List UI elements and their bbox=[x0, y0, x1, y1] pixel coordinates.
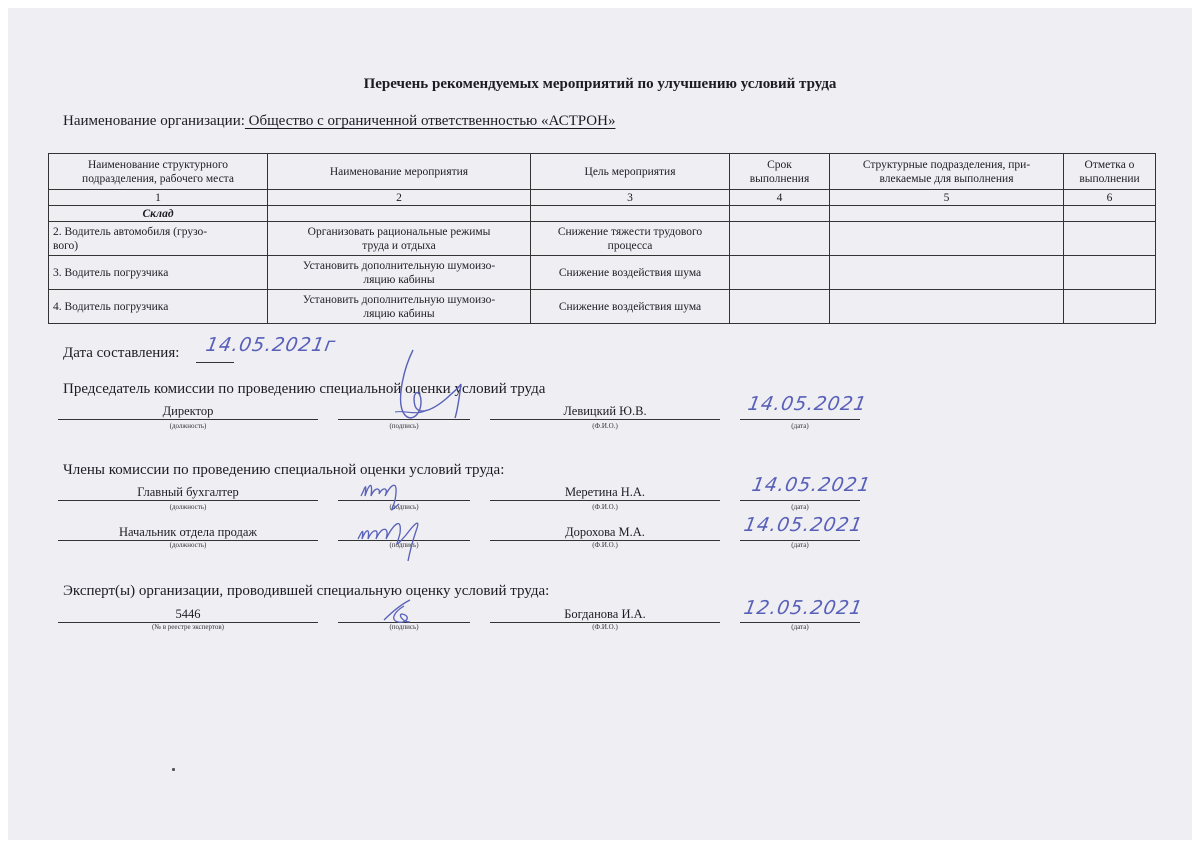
cell-measure: Установить дополнительную шумоизо-ляцию … bbox=[268, 256, 531, 290]
member-1-date-line bbox=[740, 500, 860, 501]
expert-heading: Эксперт(ы) организации, проводившей спец… bbox=[63, 583, 549, 600]
table-row: 4. Водитель погрузчика Установить дополн… bbox=[49, 290, 1156, 324]
table-row: 3. Водитель погрузчика Установить дополн… bbox=[49, 256, 1156, 290]
column-number: 4 bbox=[730, 190, 830, 206]
chairman-name-line bbox=[490, 419, 720, 420]
compilation-date-handwritten: 14.05.2021г bbox=[204, 334, 338, 356]
member-2-name: Дорохова М.А. bbox=[490, 525, 720, 540]
column-number: 5 bbox=[830, 190, 1064, 206]
header-departments: Структурные подразделения, при-влекаемые… bbox=[830, 154, 1064, 190]
member-2-date-handwritten: 14.05.2021 bbox=[742, 514, 865, 536]
caption-position: (должность) bbox=[58, 422, 318, 430]
header-measure: Наименование мероприятия bbox=[268, 154, 531, 190]
column-number-row: 1 2 3 4 5 6 bbox=[49, 190, 1156, 206]
caption-date: (дата) bbox=[740, 623, 860, 631]
column-number: 1 bbox=[49, 190, 268, 206]
table-row: 2. Водитель автомобиля (грузо-вого) Орга… bbox=[49, 222, 1156, 256]
header-goal: Цель мероприятия bbox=[531, 154, 730, 190]
column-number: 2 bbox=[268, 190, 531, 206]
chairman-name: Левицкий Ю.В. bbox=[490, 404, 720, 419]
expert-registry-number: 5446 bbox=[58, 607, 318, 622]
organization-name: Общество с ограниченной ответственностью… bbox=[245, 113, 616, 129]
cell-completion bbox=[1064, 256, 1156, 290]
cell-departments bbox=[830, 256, 1064, 290]
member-1-position: Главный бухгалтер bbox=[58, 485, 318, 500]
member-1-date-handwritten: 14.05.2021 bbox=[750, 474, 873, 496]
organization-label: Наименование организации: bbox=[63, 113, 245, 129]
member-2-signature bbox=[350, 505, 440, 565]
cell-deadline bbox=[730, 290, 830, 324]
chairman-position: Директор bbox=[58, 404, 318, 419]
cell-workplace: 2. Водитель автомобиля (грузо-вого) bbox=[49, 222, 268, 256]
caption-date: (дата) bbox=[740, 541, 860, 549]
caption-full-name: (Ф.И.О.) bbox=[490, 503, 720, 511]
member-1-name-line bbox=[490, 500, 720, 501]
scan-speck bbox=[172, 768, 175, 771]
member-1-name: Меретина Н.А. bbox=[490, 485, 720, 500]
cell-goal: Снижение воздействия шума bbox=[531, 256, 730, 290]
caption-full-name: (Ф.И.О.) bbox=[490, 623, 720, 631]
caption-date: (дата) bbox=[740, 422, 860, 430]
cell-departments bbox=[830, 290, 1064, 324]
table-header-row: Наименование структурногоподразделения, … bbox=[49, 154, 1156, 190]
column-number: 3 bbox=[531, 190, 730, 206]
chairman-signature bbox=[385, 340, 475, 430]
chairman-date-line bbox=[740, 419, 860, 420]
cell-goal: Снижение тяжести трудовогопроцесса bbox=[531, 222, 730, 256]
header-workplace: Наименование структурногоподразделения, … bbox=[49, 154, 268, 190]
member-1-position-line bbox=[58, 500, 318, 501]
members-heading: Члены комиссии по проведению специальной… bbox=[63, 462, 504, 479]
caption-registry: (№ в реестре экспертов) bbox=[58, 623, 318, 631]
expert-date-handwritten: 12.05.2021 bbox=[742, 597, 865, 619]
member-2-position: Начальник отдела продаж bbox=[58, 525, 318, 540]
section-name: Склад bbox=[49, 206, 268, 222]
measures-table: Наименование структурногоподразделения, … bbox=[48, 153, 1156, 324]
section-row: Склад bbox=[49, 206, 1156, 222]
compilation-date-label: Дата составления: bbox=[63, 345, 179, 362]
caption-full-name: (Ф.И.О.) bbox=[490, 422, 720, 430]
cell-deadline bbox=[730, 256, 830, 290]
caption-date: (дата) bbox=[740, 503, 860, 511]
cell-goal: Снижение воздействия шума bbox=[531, 290, 730, 324]
document-title: Перечень рекомендуемых мероприятий по ул… bbox=[0, 76, 1200, 93]
caption-position: (должность) bbox=[58, 503, 318, 511]
header-deadline: Сроквыполнения bbox=[730, 154, 830, 190]
compilation-date-line bbox=[196, 362, 234, 363]
caption-full-name: (Ф.И.О.) bbox=[490, 541, 720, 549]
cell-workplace: 4. Водитель погрузчика bbox=[49, 290, 268, 324]
cell-measure: Установить дополнительную шумоизо-ляцию … bbox=[268, 290, 531, 324]
organization-line: Наименование организации: Общество с огр… bbox=[63, 113, 615, 130]
cell-departments bbox=[830, 222, 1064, 256]
cell-workplace: 3. Водитель погрузчика bbox=[49, 256, 268, 290]
expert-name: Богданова И.А. bbox=[490, 607, 720, 622]
cell-completion bbox=[1064, 290, 1156, 324]
column-number: 6 bbox=[1064, 190, 1156, 206]
chairman-date-handwritten: 14.05.2021 bbox=[746, 393, 869, 415]
cell-deadline bbox=[730, 222, 830, 256]
chairman-position-line bbox=[58, 419, 318, 420]
expert-signature bbox=[380, 596, 430, 630]
caption-position: (должность) bbox=[58, 541, 318, 549]
cell-measure: Организовать рациональные режимытруда и … bbox=[268, 222, 531, 256]
header-completion: Отметка овыполнении bbox=[1064, 154, 1156, 190]
cell-completion bbox=[1064, 222, 1156, 256]
